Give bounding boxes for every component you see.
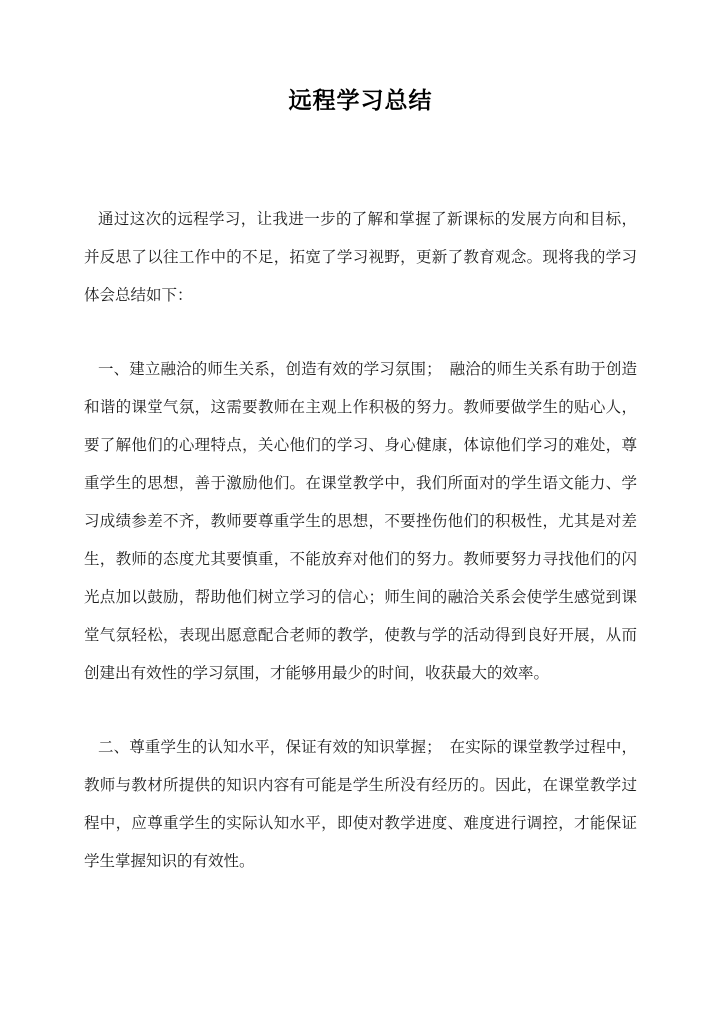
- document-page: 远程学习总结 通过这次的远程学习，让我进一步的了解和掌握了新课标的发展方向和目标…: [0, 0, 721, 1020]
- document-title: 远程学习总结: [84, 0, 637, 117]
- paragraph-intro: 通过这次的远程学习，让我进一步的了解和掌握了新课标的发展方向和目标，并反思了以往…: [84, 201, 637, 315]
- paragraph-section-2: 二、尊重学生的认知水平，保证有效的知识掌握； 在实际的课堂教学过程中，教师与教材…: [84, 729, 637, 881]
- paragraph-section-1: 一、建立融洽的师生关系，创造有效的学习氛围； 融洽的师生关系有助于创造和谐的课堂…: [84, 351, 637, 693]
- document-body: 通过这次的远程学习，让我进一步的了解和掌握了新课标的发展方向和目标，并反思了以往…: [84, 201, 637, 881]
